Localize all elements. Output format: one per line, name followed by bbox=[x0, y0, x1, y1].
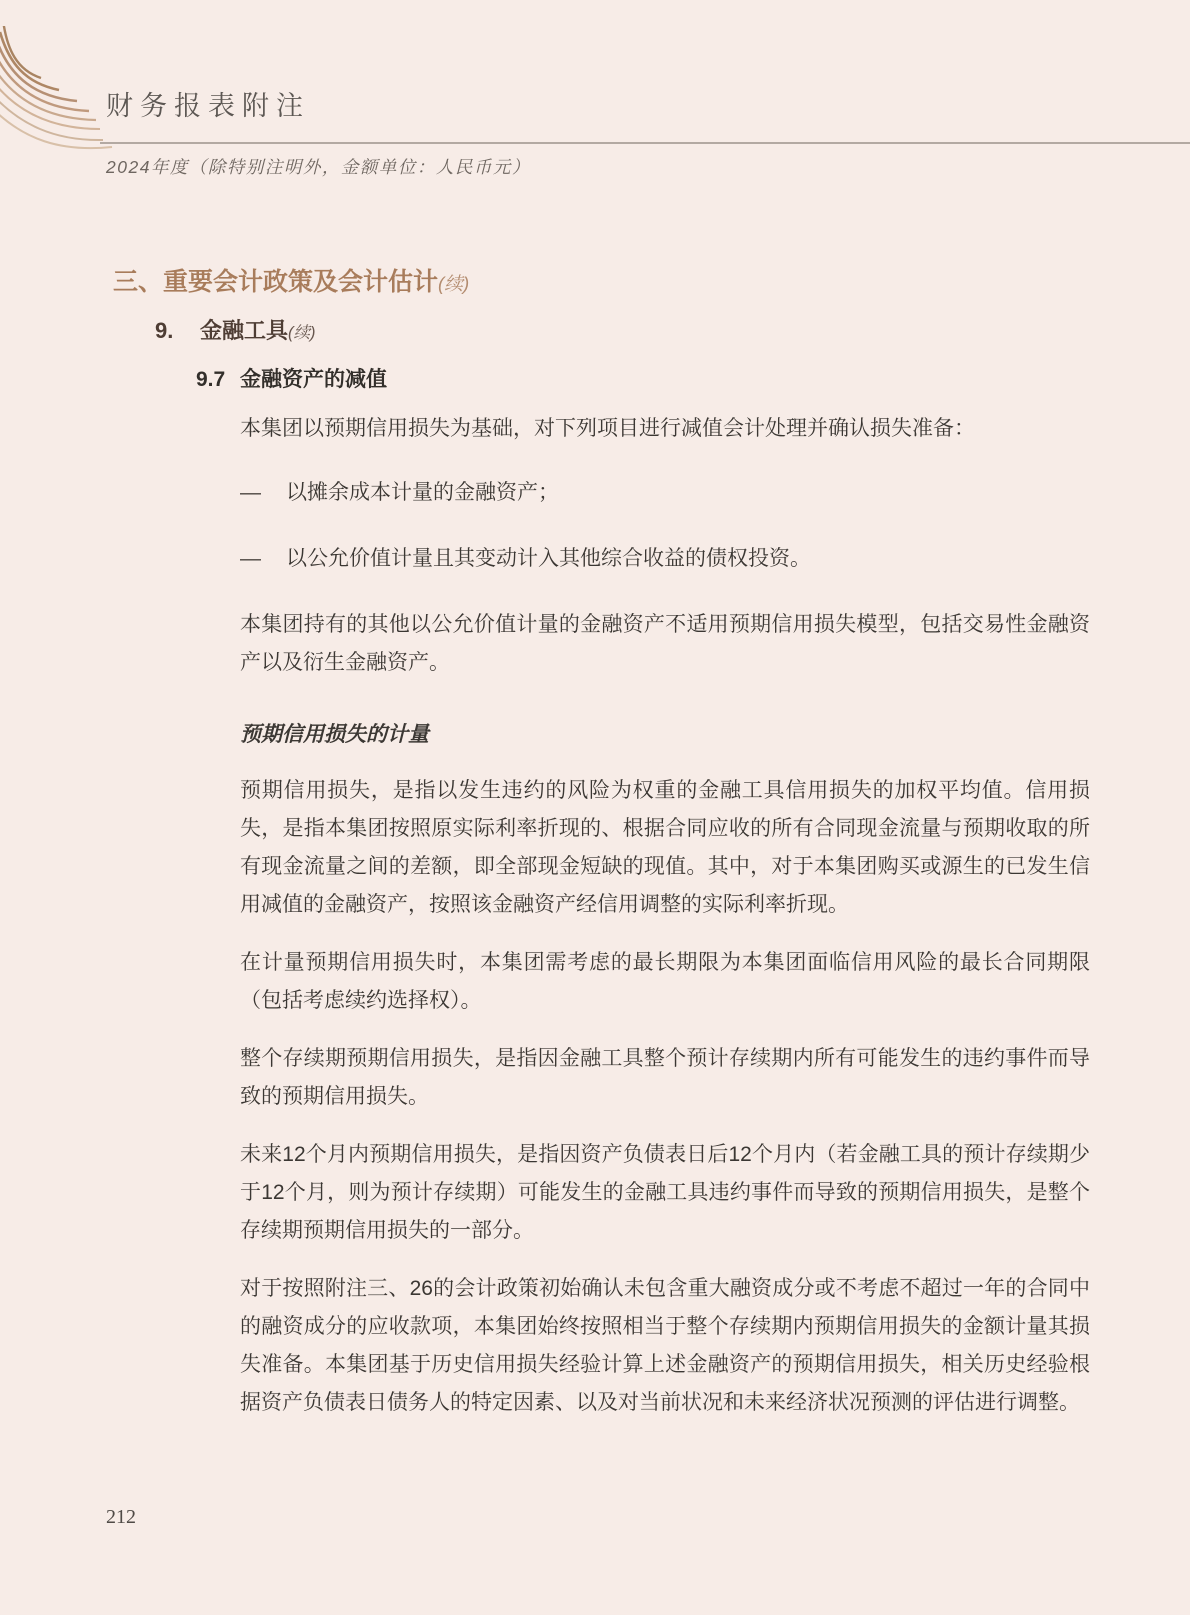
page-number: 212 bbox=[106, 1506, 136, 1529]
subsection-continued-label: (续) bbox=[288, 324, 316, 342]
clause-number: 9.7 bbox=[196, 366, 240, 394]
paragraph-fair-value-note: 本集团持有的其他以公允价值计量的金融资产不适用预期信用损失模型，包括交易性金融资… bbox=[240, 606, 1090, 682]
list-item-text: 以公允价值计量且其变动计入其他综合收益的债权投资。 bbox=[286, 540, 811, 578]
content-area: 三、重要会计政策及会计估计(续) 9.金融工具(续) 9.7金融资产的减值 本集… bbox=[0, 266, 1190, 1442]
paragraph-max-period: 在计量预期信用损失时，本集团需考虑的最长期限为本集团面临信用风险的最长合同期限（… bbox=[240, 944, 1090, 1020]
page-title: 财务报表附注 bbox=[106, 84, 310, 123]
paragraph-ecl-definition: 预期信用损失，是指以发生违约的风险为权重的金融工具信用损失的加权平均值。信用损失… bbox=[240, 772, 1090, 924]
ecl-measurement-heading: 预期信用损失的计量 bbox=[240, 716, 1090, 754]
dash-bullet-icon: — bbox=[240, 540, 286, 578]
body-text-block: 本集团以预期信用损失为基础，对下列项目进行减值会计处理并确认损失准备： — 以摊… bbox=[240, 410, 1090, 1422]
paragraph-intro: 本集团以预期信用损失为基础，对下列项目进行减值会计处理并确认损失准备： bbox=[240, 410, 1090, 448]
page-subtitle: 2024年度（除特别注明外，金额单位：人民币元） bbox=[106, 154, 531, 179]
clause-heading-text: 金融资产的减值 bbox=[240, 368, 387, 391]
header-divider bbox=[100, 142, 1190, 144]
subsection-heading: 9.金融工具(续) bbox=[155, 316, 1090, 348]
subsection-heading-text: 金融工具 bbox=[200, 318, 288, 343]
clause-heading: 9.7金融资产的减值 bbox=[196, 366, 1090, 394]
paragraph-lifetime-ecl: 整个存续期预期信用损失，是指因金融工具整个预计存续期内所有可能发生的违约事件而导… bbox=[240, 1040, 1090, 1116]
section-heading: 三、重要会计政策及会计估计(续) bbox=[113, 266, 1090, 300]
subsection-number: 9. bbox=[155, 316, 200, 346]
list-item: — 以摊余成本计量的金融资产； bbox=[240, 474, 1090, 512]
list-item: — 以公允价值计量且其变动计入其他综合收益的债权投资。 bbox=[240, 540, 1090, 578]
section-heading-text: 三、重要会计政策及会计估计 bbox=[113, 268, 438, 296]
document-page: 财务报表附注 2024年度（除特别注明外，金额单位：人民币元） 三、重要会计政策… bbox=[0, 0, 1190, 1615]
dash-bullet-icon: — bbox=[240, 474, 286, 512]
paragraph-12-month-ecl: 未来12个月内预期信用损失，是指因资产负债表日后12个月内（若金融工具的预计存续… bbox=[240, 1136, 1090, 1250]
paragraph-receivables-policy: 对于按照附注三、26的会计政策初始确认未包含重大融资成分或不考虑不超过一年的合同… bbox=[240, 1270, 1090, 1422]
section-heading-continued-label: (续) bbox=[438, 273, 469, 294]
list-item-text: 以摊余成本计量的金融资产； bbox=[286, 474, 559, 512]
